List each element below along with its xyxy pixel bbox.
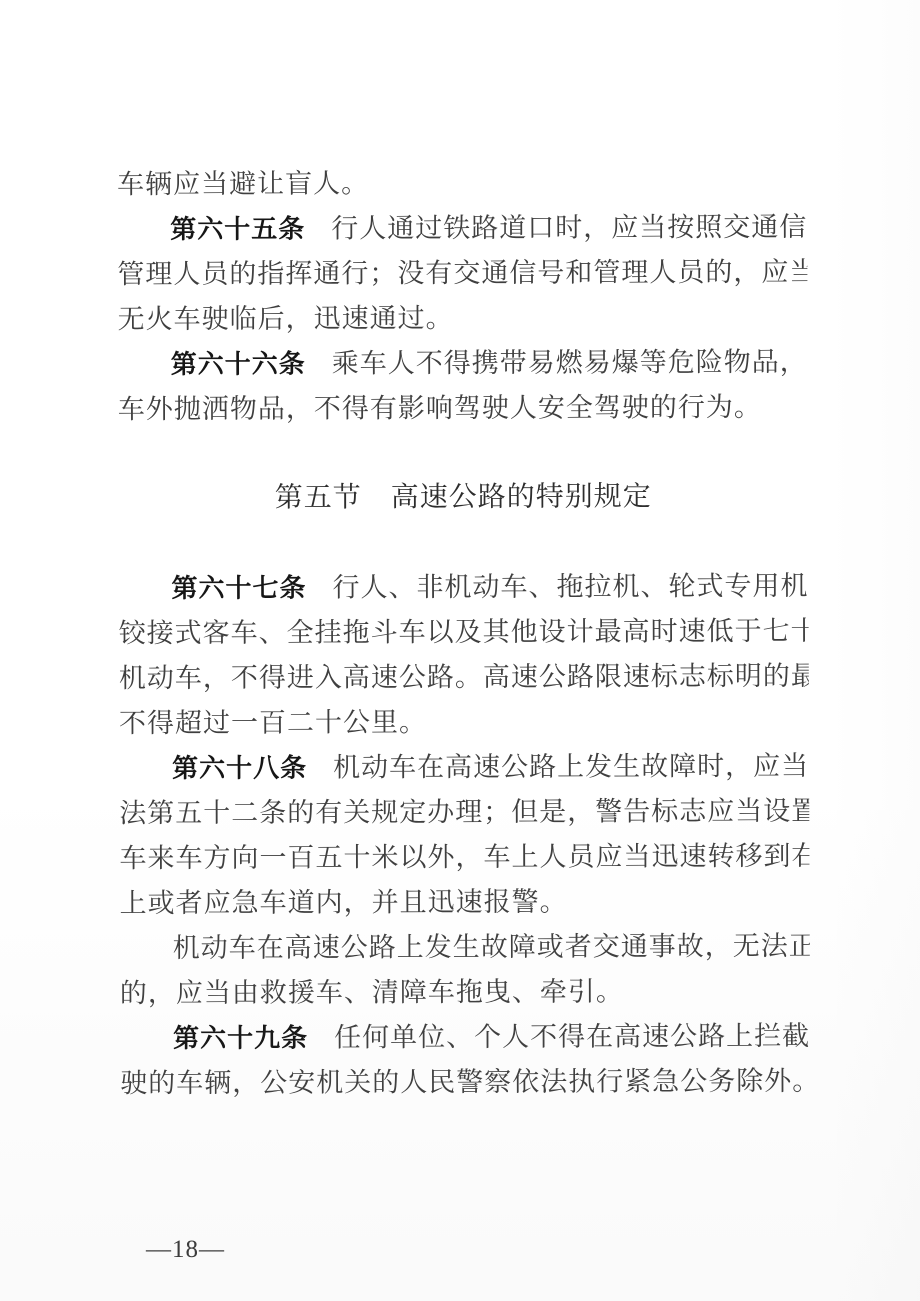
text-line: 第六十五条行人通过铁路道口时，应当按照交通信号或者 <box>117 205 807 252</box>
page-number: —18— <box>146 1236 225 1264</box>
line-text: 行人、非机动车、拖拉机、轮式专用机械车、 <box>332 570 808 602</box>
text-line: 第六十六条乘车人不得携带易燃易爆等危险物品，不得向 <box>118 340 808 387</box>
line-text: 行人通过铁路道口时，应当按照交通信号或者 <box>331 212 807 244</box>
document-body: 车辆应当避让盲人。第六十五条行人通过铁路道口时，应当按照交通信号或者管理人员的指… <box>117 160 810 1106</box>
article-number-label: 第六十九条 <box>173 1023 308 1053</box>
text-line: 铰接式客车、全挂拖斗车以及其他设计最高时速低于七十公里的 <box>119 609 809 656</box>
text-line: 车来车方向一百五十米以外，车上人员应当迅速转移到右侧路肩 <box>119 834 809 881</box>
text-line: 机动车，不得进入高速公路。高速公路限速标志标明的最高时速 <box>119 654 809 701</box>
article-number-label: 第六十六条 <box>171 349 306 379</box>
article-number-label: 第六十七条 <box>171 573 306 603</box>
section-heading: 第五节 高速公路的特别规定 <box>118 474 808 521</box>
line-text: 任何单位、个人不得在高速公路上拦截检查行 <box>334 1020 810 1052</box>
text-line: 管理人员的指挥通行；没有交通信号和管理人员的，应当在确认 <box>117 250 807 297</box>
line-text: 机动车在高速公路上发生故障时，应当依照本 <box>333 750 809 782</box>
text-line: 不得超过一百二十公里。 <box>119 699 809 746</box>
text-line: 驶的车辆，公安机关的人民警察依法执行紧急公务除外。 <box>120 1059 810 1106</box>
line-text: 乘车人不得携带易燃易爆等危险物品，不得向 <box>332 347 808 379</box>
text-line: 车辆应当避让盲人。 <box>117 160 807 207</box>
text-line: 上或者应急车道内，并且迅速报警。 <box>120 879 810 926</box>
text-line: 的，应当由救援车、清障车拖曳、牵引。 <box>120 969 810 1016</box>
text-line: 机动车在高速公路上发生故障或者交通事故，无法正常行驶 <box>120 924 810 971</box>
text-line: 法第五十二条的有关规定办理；但是，警告标志应当设置在故障 <box>119 789 809 836</box>
text-line: 第六十九条任何单位、个人不得在高速公路上拦截检查行 <box>120 1014 810 1061</box>
text-line: 第六十八条机动车在高速公路上发生故障时，应当依照本 <box>119 744 809 791</box>
text-line: 车外抛洒物品，不得有影响驾驶人安全驾驶的行为。 <box>118 385 808 432</box>
text-line: 第六十七条行人、非机动车、拖拉机、轮式专用机械车、 <box>118 564 808 611</box>
article-number-label: 第六十八条 <box>172 753 307 783</box>
text-line: 无火车驶临后，迅速通过。 <box>117 295 807 342</box>
article-number-label: 第六十五条 <box>170 214 305 244</box>
